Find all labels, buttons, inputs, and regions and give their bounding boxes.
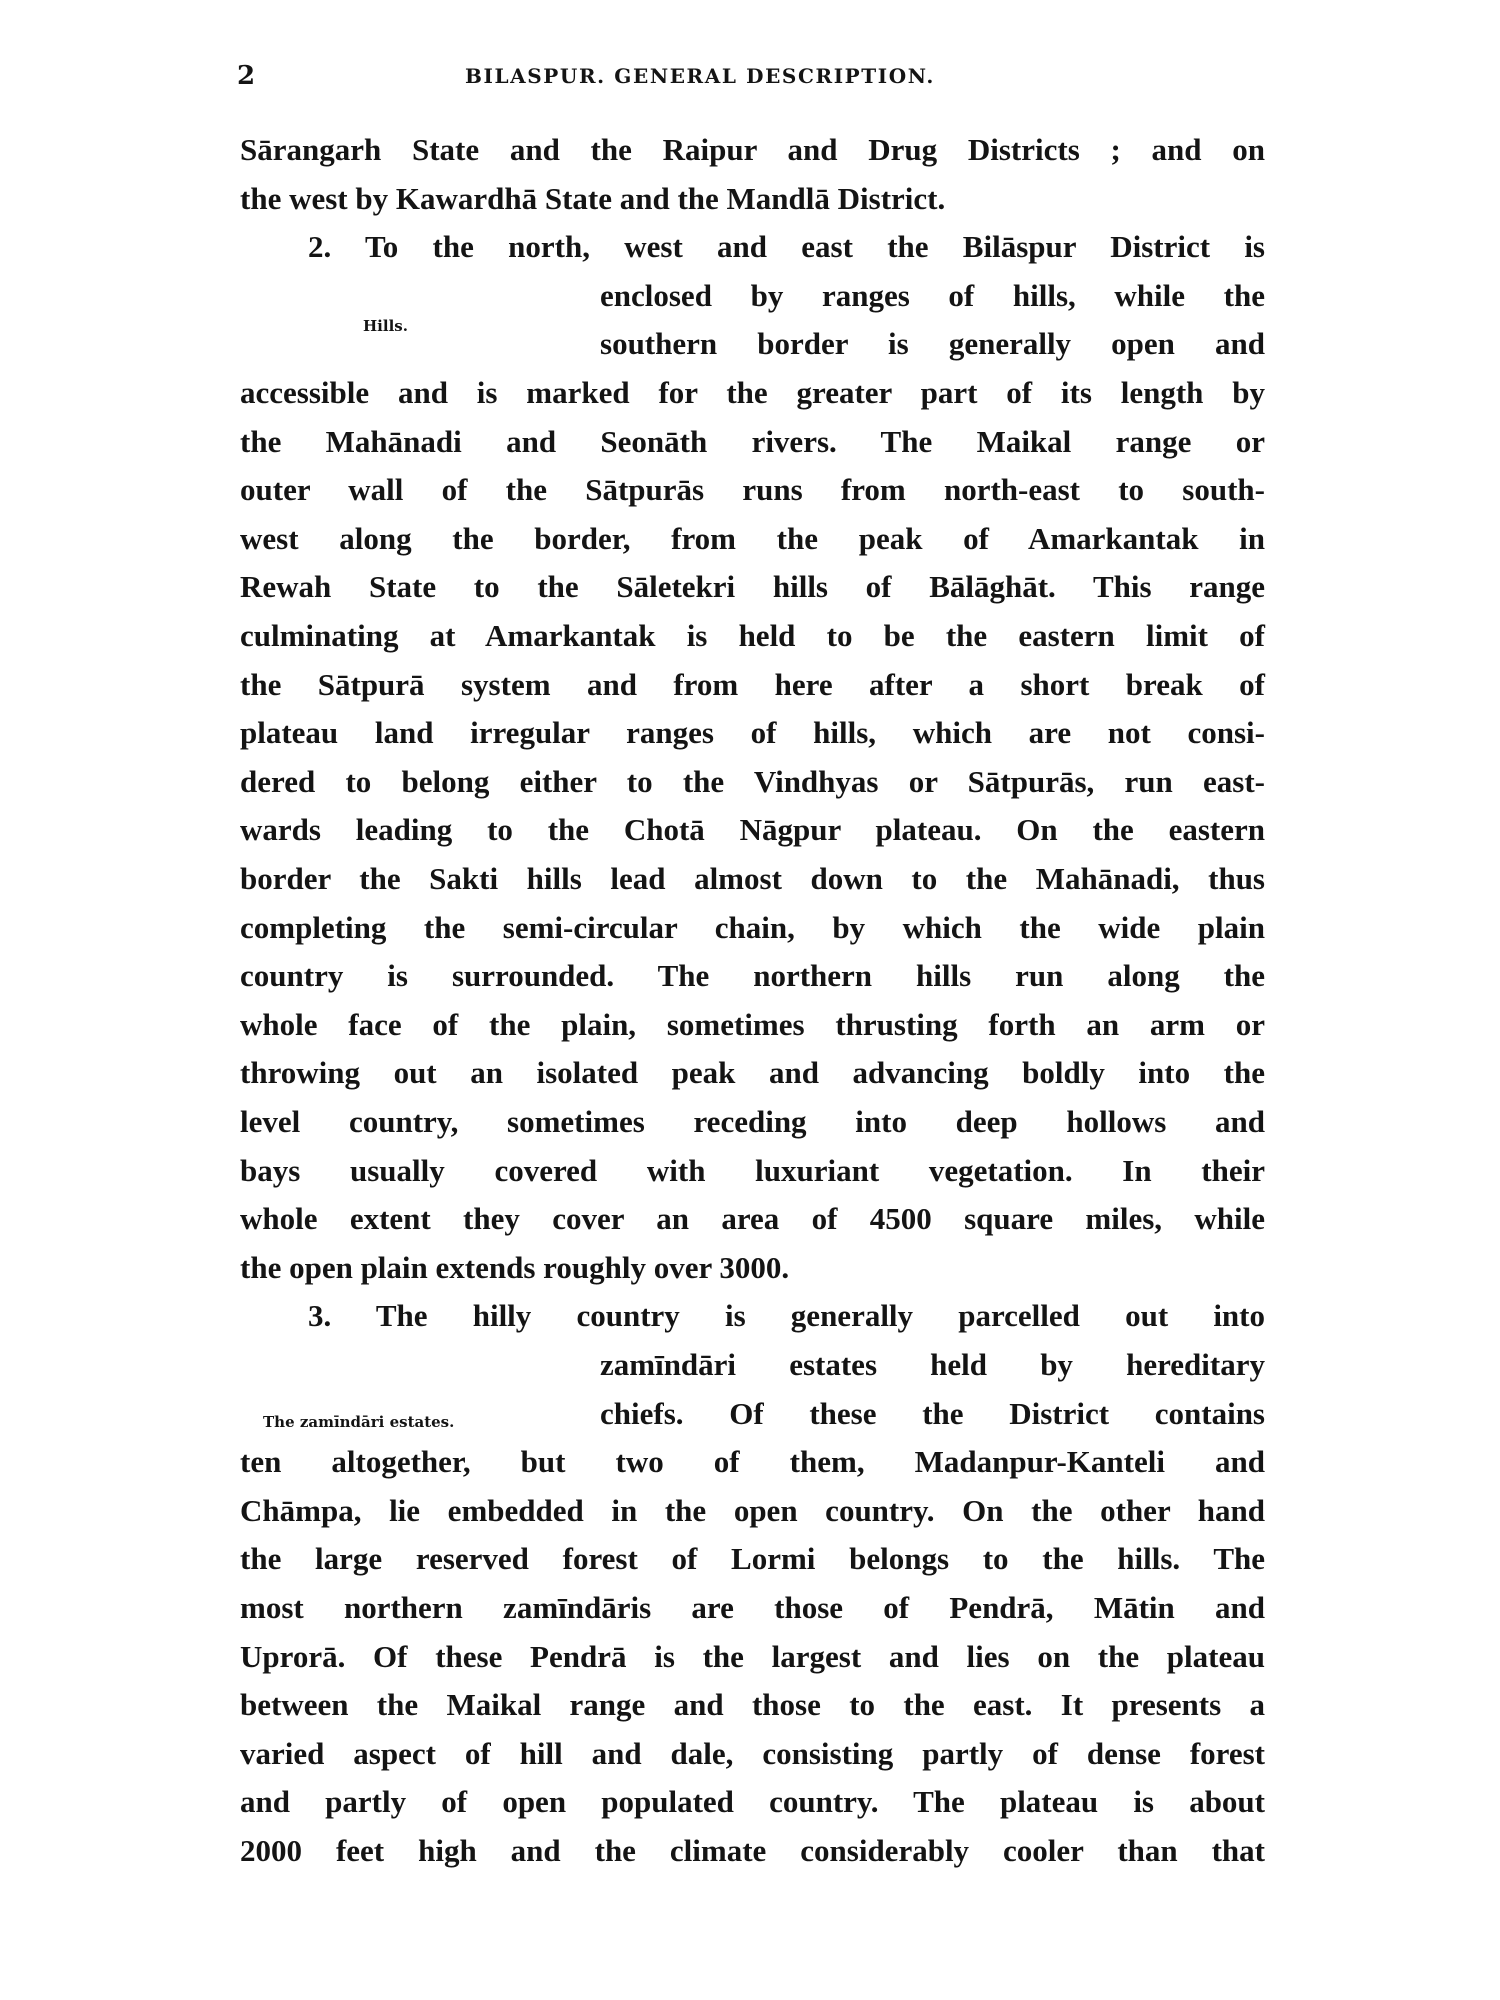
text-line: 2000 feet high and the climate considera… xyxy=(240,1827,1265,1876)
text-line: the Sātpurā system and from here after a… xyxy=(240,661,1265,710)
book-page: 2 BILASPUR. GENERAL DESCRIPTION. Hills. … xyxy=(0,0,1500,2000)
paragraph-start-line: 3. The hilly country is generally parcel… xyxy=(308,1292,1265,1341)
text-line: outer wall of the Sātpurās runs from nor… xyxy=(240,466,1265,515)
text-line: zamīndāri estates held by hereditary xyxy=(600,1341,1265,1390)
text-line: the west by Kawardhā State and the Mandl… xyxy=(240,175,1265,224)
text-line: plateau land irregular ranges of hills, … xyxy=(240,709,1265,758)
page-number: 2 xyxy=(237,56,255,96)
sidenote-zamindari-estates: The zamīndāri estates. xyxy=(263,1413,454,1431)
text-line: and partly of open populated country. Th… xyxy=(240,1778,1265,1827)
text-line: ten altogether, but two of them, Madanpu… xyxy=(240,1438,1265,1487)
text-line: southern border is generally open and xyxy=(600,320,1265,369)
sidenote-hills: Hills. xyxy=(363,317,408,335)
text-line: enclosed by ranges of hills, while the xyxy=(600,272,1265,321)
text-line: Sārangarh State and the Raipur and Drug … xyxy=(240,126,1265,175)
text-line: throwing out an isolated peak and advanc… xyxy=(240,1049,1265,1098)
text-line: accessible and is marked for the greater… xyxy=(240,369,1265,418)
running-title: BILASPUR. GENERAL DESCRIPTION. xyxy=(465,56,935,96)
text-line: bays usually covered with luxuriant vege… xyxy=(240,1147,1265,1196)
paragraph-start-line: 2. To the north, west and east the Bilās… xyxy=(308,223,1265,272)
text-line: dered to belong either to the Vindhyas o… xyxy=(240,758,1265,807)
text-line: whole face of the plain, sometimes thrus… xyxy=(240,1001,1265,1050)
text-line: varied aspect of hill and dale, consisti… xyxy=(240,1730,1265,1779)
text-line: country is surrounded. The northern hill… xyxy=(240,952,1265,1001)
text-line: culminating at Amarkantak is held to be … xyxy=(240,612,1265,661)
text-line: wards leading to the Chotā Nāgpur platea… xyxy=(240,806,1265,855)
text-line: west along the border, from the peak of … xyxy=(240,515,1265,564)
text-line: the Mahānadi and Seonāth rivers. The Mai… xyxy=(240,418,1265,467)
text-line: most northern zamīndāris are those of Pe… xyxy=(240,1584,1265,1633)
text-line: between the Maikal range and those to th… xyxy=(240,1681,1265,1730)
text-line: border the Sakti hills lead almost down … xyxy=(240,855,1265,904)
text-line: Uprorā. Of these Pendrā is the largest a… xyxy=(240,1633,1265,1682)
text-line: level country, sometimes receding into d… xyxy=(240,1098,1265,1147)
text-line: whole extent they cover an area of 4500 … xyxy=(240,1195,1265,1244)
text-line: the open plain extends roughly over 3000… xyxy=(240,1244,1265,1293)
text-line: Chāmpa, lie embedded in the open country… xyxy=(240,1487,1265,1536)
text-line: completing the semi-circular chain, by w… xyxy=(240,904,1265,953)
text-line: Rewah State to the Sāletekri hills of Bā… xyxy=(240,563,1265,612)
text-line: chiefs. Of these the District contains xyxy=(600,1390,1265,1439)
text-line: the large reserved forest of Lormi belon… xyxy=(240,1535,1265,1584)
running-head: 2 BILASPUR. GENERAL DESCRIPTION. xyxy=(237,56,1267,96)
